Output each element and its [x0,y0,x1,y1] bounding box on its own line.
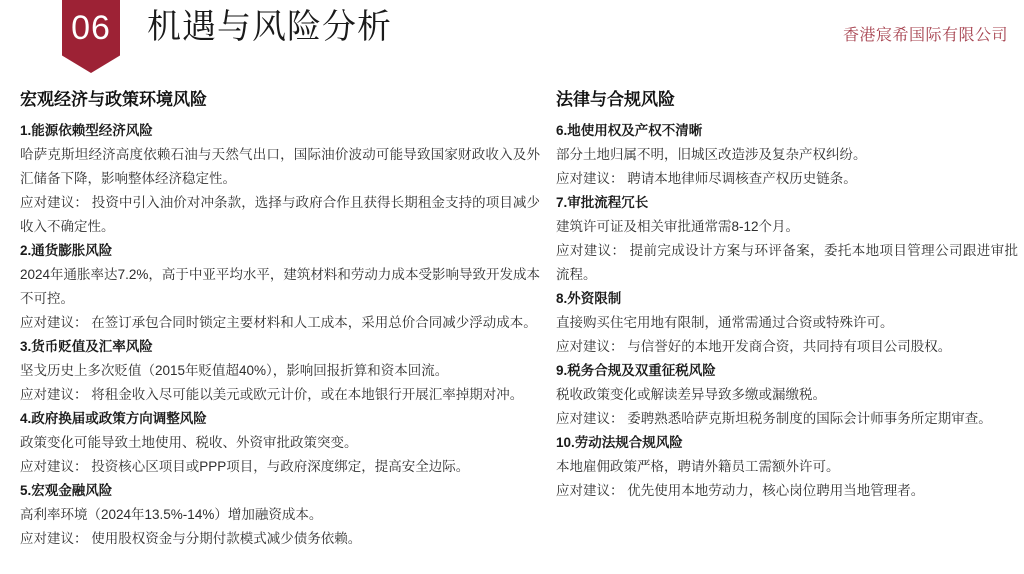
risk-item-advice: 应对建议： 使用股权资金与分期付款模式减少债务依赖。 [20,527,540,551]
risk-item-9: 9.税务合规及双重征税风险 税收政策变化或解读差异导致多缴或漏缴税。 应对建议：… [556,359,1018,431]
risk-item-body: 建筑许可证及相关审批通常需8-12个月。 [556,215,1018,239]
company-name: 香港宸希国际有限公司 [843,22,1008,45]
risk-item-8: 8.外资限制 直接购买住宅用地有限制，通常需通过合资或特殊许可。 应对建议： 与… [556,287,1018,359]
risk-item-body: 高利率环境（2024年13.5%-14%）增加融资成本。 [20,503,540,527]
risk-item-4: 4.政府换届或政策方向调整风险 政策变化可能导致土地使用、税收、外资审批政策突变… [20,407,540,479]
column-heading: 法律与合规风险 [556,88,1018,112]
risk-item-2: 2.通货膨胀风险 2024年通胀率达7.2%，高于中亚平均水平，建筑材料和劳动力… [20,239,540,335]
page-title: 机遇与风险分析 [147,7,392,47]
risk-item-title: 3.货币贬值及汇率风险 [20,335,540,359]
risk-item-1: 1.能源依赖型经济风险 哈萨克斯坦经济高度依赖石油与天然气出口，国际油价波动可能… [20,119,540,239]
risk-item-10: 10.劳动法规合规风险 本地雇佣政策严格，聘请外籍员工需额外许可。 应对建议： … [556,431,1018,503]
risk-item-6: 6.地使用权及产权不清晰 部分土地归属不明，旧城区改造涉及复杂产权纠纷。 应对建… [556,119,1018,191]
risk-item-body: 直接购买住宅用地有限制，通常需通过合资或特殊许可。 [556,311,1018,335]
risk-item-body: 2024年通胀率达7.2%，高于中亚平均水平，建筑材料和劳动力成本受影响导致开发… [20,263,540,311]
risk-item-title: 2.通货膨胀风险 [20,239,540,263]
slide: 06 机遇与风险分析 香港宸希国际有限公司 宏观经济与政策环境风险 1.能源依赖… [0,0,1024,574]
risk-item-advice: 应对建议： 优先使用本地劳动力，核心岗位聘用当地管理者。 [556,479,1018,503]
risk-item-body: 哈萨克斯坦经济高度依赖石油与天然气出口，国际油价波动可能导致国家财政收入及外汇储… [20,143,540,191]
risk-item-body: 部分土地归属不明，旧城区改造涉及复杂产权纠纷。 [556,143,1018,167]
risk-item-advice: 应对建议： 与信誉好的本地开发商合资，共同持有项目公司股权。 [556,335,1018,359]
risk-item-body: 政策变化可能导致土地使用、税收、外资审批政策突变。 [20,431,540,455]
risk-item-advice: 应对建议： 聘请本地律师尽调核查产权历史链条。 [556,167,1018,191]
risk-item-3: 3.货币贬值及汇率风险 坚戈历史上多次贬值（2015年贬值超40%），影响回报折… [20,335,540,407]
risk-item-body: 坚戈历史上多次贬值（2015年贬值超40%），影响回报折算和资本回流。 [20,359,540,383]
risk-item-title: 6.地使用权及产权不清晰 [556,119,1018,143]
risk-item-body: 本地雇佣政策严格，聘请外籍员工需额外许可。 [556,455,1018,479]
column-heading: 宏观经济与政策环境风险 [20,88,540,112]
risk-item-title: 4.政府换届或政策方向调整风险 [20,407,540,431]
risk-item-advice: 应对建议： 投资中引入油价对冲条款，选择与政府合作且获得长期租金支持的项目减少收… [20,191,540,239]
column-legal-compliance-risks: 法律与合规风险 6.地使用权及产权不清晰 部分土地归属不明，旧城区改造涉及复杂产… [556,88,1018,503]
section-number: 06 [71,9,111,48]
risk-item-title: 1.能源依赖型经济风险 [20,119,540,143]
risk-item-title: 10.劳动法规合规风险 [556,431,1018,455]
risk-item-title: 9.税务合规及双重征税风险 [556,359,1018,383]
risk-item-title: 7.审批流程冗长 [556,191,1018,215]
risk-item-title: 8.外资限制 [556,287,1018,311]
risk-item-advice: 应对建议： 将租金收入尽可能以美元或欧元计价，或在本地银行开展汇率掉期对冲。 [20,383,540,407]
risk-item-advice: 应对建议： 投资核心区项目或PPP项目，与政府深度绑定，提高安全边际。 [20,455,540,479]
risk-item-body: 税收政策变化或解读差异导致多缴或漏缴税。 [556,383,1018,407]
column-macro-economic-risks: 宏观经济与政策环境风险 1.能源依赖型经济风险 哈萨克斯坦经济高度依赖石油与天然… [20,88,540,551]
risk-item-advice: 应对建议： 委聘熟悉哈萨克斯坦税务制度的国际会计师事务所定期审查。 [556,407,1018,431]
section-number-badge: 06 [62,0,120,73]
risk-item-5: 5.宏观金融风险 高利率环境（2024年13.5%-14%）增加融资成本。 应对… [20,479,540,551]
risk-item-title: 5.宏观金融风险 [20,479,540,503]
risk-item-7: 7.审批流程冗长 建筑许可证及相关审批通常需8-12个月。 应对建议： 提前完成… [556,191,1018,287]
risk-item-advice: 应对建议： 在签订承包合同时锁定主要材料和人工成本，采用总价合同减少浮动成本。 [20,311,540,335]
risk-item-advice: 应对建议： 提前完成设计方案与环评备案，委托本地项目管理公司跟进审批流程。 [556,239,1018,287]
